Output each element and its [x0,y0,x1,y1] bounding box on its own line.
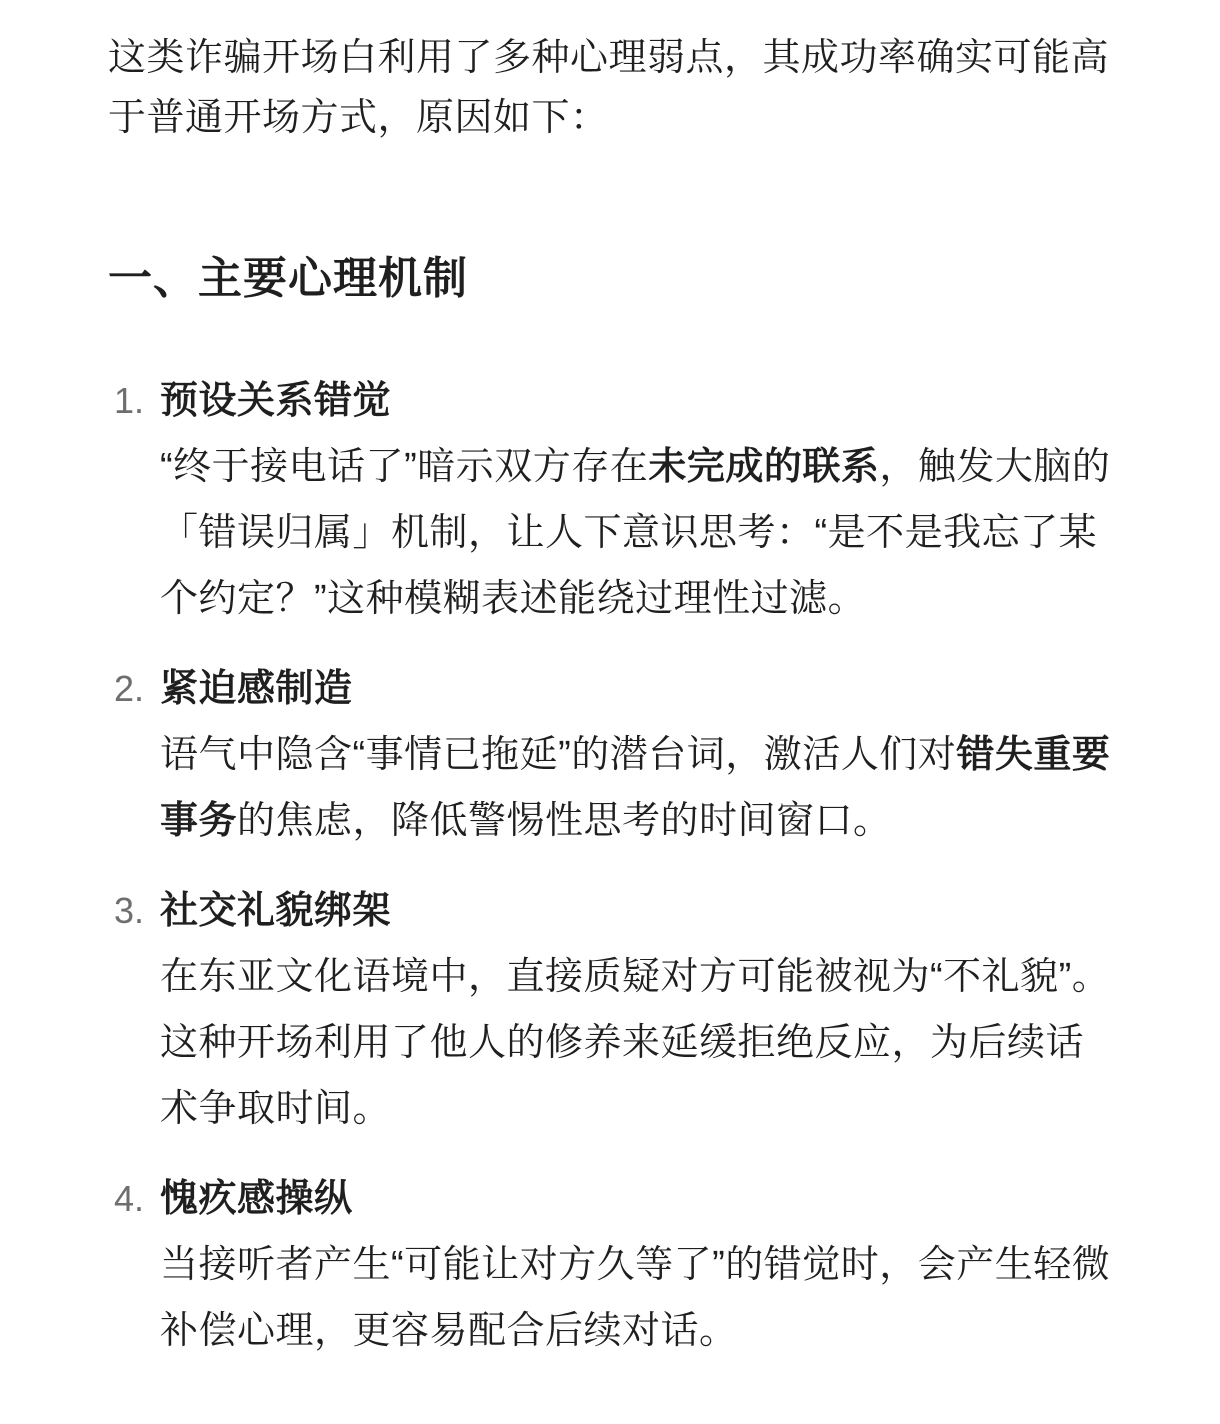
section-heading: 一、主要心理机制 [108,252,1112,306]
list-item-title: 紧迫感制造 [160,656,1112,722]
list-item-text: 当接听者产生“可能让对方久等了”的错觉时，会产生轻微补偿心理，更容易配合后续对话… [160,1232,1112,1364]
intro-paragraph: 这类诈骗开场白利用了多种心理弱点，其成功率确实可能高于普通开场方式，原因如下： [108,28,1112,148]
list-item-number: 1. [108,368,160,434]
list-item-content: 愧疚感操纵当接听者产生“可能让对方久等了”的错觉时，会产生轻微补偿心理，更容易配… [160,1166,1112,1364]
list-item-content: 紧迫感制造语气中隐含“事情已拖延”的潜台词，激活人们对错失重要事务的焦虑，降低警… [160,656,1112,854]
list-item-text: 在东亚文化语境中，直接质疑对方可能被视为“不礼貌”。这种开场利用了他人的修养来延… [160,944,1112,1142]
list-item: 4.愧疚感操纵当接听者产生“可能让对方久等了”的错觉时，会产生轻微补偿心理，更容… [108,1166,1112,1364]
list-item-text: “终于接电话了”暗示双方存在未完成的联系，触发大脑的「错误归属」机制，让人下意识… [160,434,1112,632]
mechanism-list: 1.预设关系错觉“终于接电话了”暗示双方存在未完成的联系，触发大脑的「错误归属」… [108,368,1112,1364]
bold-text-segment: 未完成的联系 [648,446,879,488]
list-item-number: 2. [108,656,160,722]
list-item: 1.预设关系错觉“终于接电话了”暗示双方存在未完成的联系，触发大脑的「错误归属」… [108,368,1112,632]
list-item: 3.社交礼貌绑架在东亚文化语境中，直接质疑对方可能被视为“不礼貌”。这种开场利用… [108,878,1112,1142]
text-segment: 语气中隐含“事情已拖延”的潜台词，激活人们对 [160,734,956,776]
list-item-number: 4. [108,1166,160,1232]
page: { "colors": { "text-color": "#1f1f1f", "… [0,0,1220,1424]
list-item-title: 愧疚感操纵 [160,1166,1112,1232]
text-segment: 的焦虑，降低警惕性思考的时间窗口。 [237,800,892,842]
list-item-content: 社交礼貌绑架在东亚文化语境中，直接质疑对方可能被视为“不礼貌”。这种开场利用了他… [160,878,1112,1142]
list-item: 2.紧迫感制造语气中隐含“事情已拖延”的潜台词，激活人们对错失重要事务的焦虑，降… [108,656,1112,854]
list-item-content: 预设关系错觉“终于接电话了”暗示双方存在未完成的联系，触发大脑的「错误归属」机制… [160,368,1112,632]
list-item-number: 3. [108,878,160,944]
text-segment: “终于接电话了”暗示双方存在 [160,446,648,488]
chat-response-body: 这类诈骗开场白利用了多种心理弱点，其成功率确实可能高于普通开场方式，原因如下： … [0,0,1220,1364]
text-segment: 在东亚文化语境中，直接质疑对方可能被视为“不礼貌”。这种开场利用了他人的修养来延… [160,956,1110,1130]
list-item-title: 预设关系错觉 [160,368,1112,434]
list-item-title: 社交礼貌绑架 [160,878,1112,944]
list-item-text: 语气中隐含“事情已拖延”的潜台词，激活人们对错失重要事务的焦虑，降低警惕性思考的… [160,722,1112,854]
text-segment: 当接听者产生“可能让对方久等了”的错觉时，会产生轻微补偿心理，更容易配合后续对话… [160,1244,1110,1352]
